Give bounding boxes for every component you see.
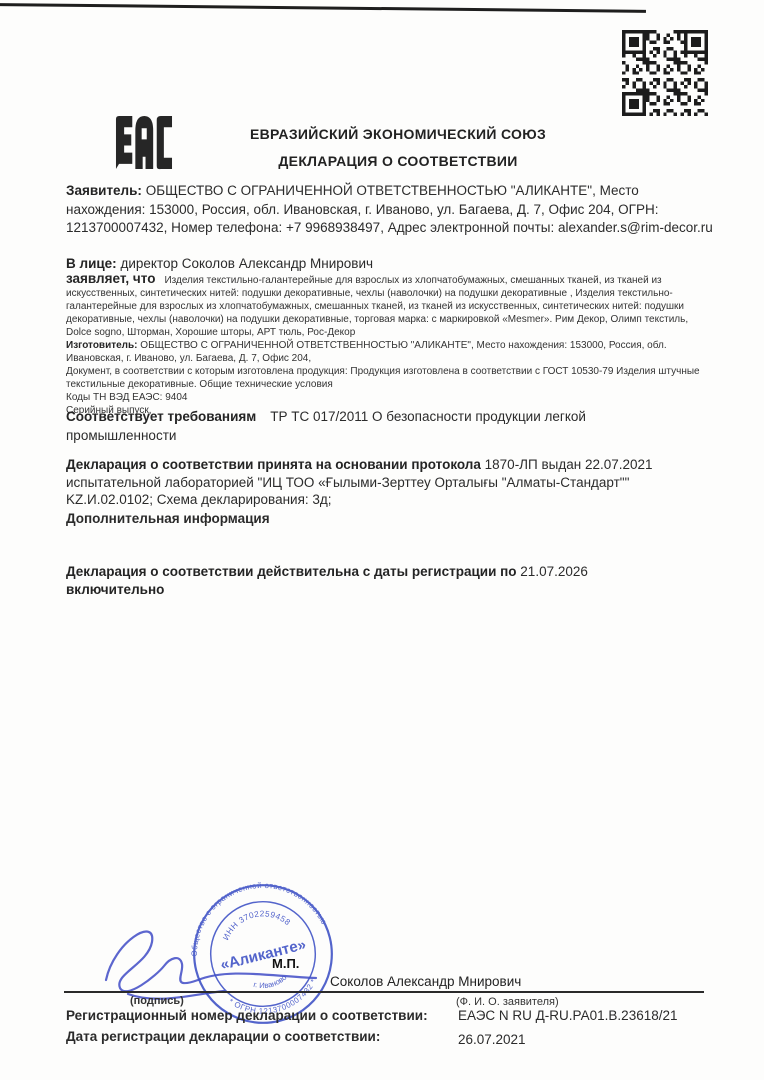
manufacturer-paragraph: Изготовитель: ОБЩЕСТВО С ОГРАНИЧЕННОЙ ОТ…: [66, 339, 716, 365]
svg-text:ИНН 3702259458: ИНН 3702259458: [217, 902, 294, 943]
stamp-inn-text: ИНН 3702259458: [217, 902, 294, 943]
person-label: В лице:: [66, 256, 117, 271]
qr-code: [622, 30, 708, 116]
person-line: В лице: директор Соколов Александр Мниро…: [66, 255, 714, 273]
product-details-block: заявляет, чтоИзделия текстильно-галантер…: [66, 272, 716, 417]
applicant-label: Заявитель:: [66, 183, 142, 198]
compliance-label: Соответствует требованиям: [66, 409, 256, 424]
basis-label: Декларация о соответствии принята на осн…: [66, 457, 481, 472]
applicant-text: ОБЩЕСТВО С ОГРАНИЧЕННОЙ ОТВЕТСТВЕННОСТЬЮ…: [66, 183, 713, 235]
registration-number-label: Регистрационный номер декларации о соотв…: [66, 1008, 428, 1023]
manufacturer-text: ОБЩЕСТВО С ОГРАНИЧЕННОЙ ОТВЕТСТВЕННОСТЬЮ…: [66, 340, 667, 364]
compliance-paragraph: Соответствует требованиямТР ТС 017/2011 …: [66, 407, 651, 445]
validity-suffix: включительно: [66, 582, 164, 597]
declaration-document: ЕВРАЗИЙСКИЙ ЭКОНОМИЧЕСКИЙ СОЮЗ ДЕКЛАРАЦИ…: [0, 0, 764, 1080]
registration-date-value: 26.07.2021: [458, 1032, 526, 1047]
validity-label: Декларация о соответствии действительна …: [66, 564, 517, 579]
person-text: директор Соколов Александр Мнирович: [120, 256, 373, 271]
registration-date-label: Дата регистрации декларации о соответств…: [66, 1029, 380, 1044]
fio-caption: (Ф. И. О. заявителя): [456, 996, 559, 1008]
basis-paragraph: Декларация о соответствии принята на осн…: [66, 456, 708, 509]
registration-number-value: ЕАЭС N RU Д-RU.РА01.В.23618/21: [458, 1008, 678, 1023]
scan-edge-artifact: [0, 3, 646, 13]
signer-name: Соколов Александр Мнирович: [330, 974, 521, 989]
tnved-line: Коды ТН ВЭД ЕАЭС: 9404: [66, 391, 716, 404]
validity-paragraph: Декларация о соответствии действительна …: [66, 563, 678, 599]
declares-label: заявляет, что: [66, 271, 155, 286]
union-title: ЕВРАЗИЙСКИЙ ЭКОНОМИЧЕСКИЙ СОЮЗ: [100, 126, 696, 142]
document-title: ДЕКЛАРАЦИЯ О СООТВЕТСТВИИ: [100, 153, 696, 169]
signature-caption: (подпись): [130, 995, 184, 1007]
declares-paragraph: заявляет, чтоИзделия текстильно-галантер…: [66, 272, 716, 339]
declares-text: Изделия текстильно-галантерейные для взр…: [66, 275, 688, 338]
validity-date: 21.07.2026: [520, 564, 588, 579]
applicant-paragraph: Заявитель: ОБЩЕСТВО С ОГРАНИЧЕННОЙ ОТВЕТ…: [66, 182, 714, 238]
additional-info-heading: Дополнительная информация: [66, 511, 666, 526]
stamp-place-mark: М.П.: [272, 956, 299, 971]
manufacturer-label: Изготовитель:: [66, 340, 138, 351]
document-basis-line: Документ, в соответствии с которым изгот…: [66, 365, 716, 391]
signature-rule: [64, 991, 704, 993]
